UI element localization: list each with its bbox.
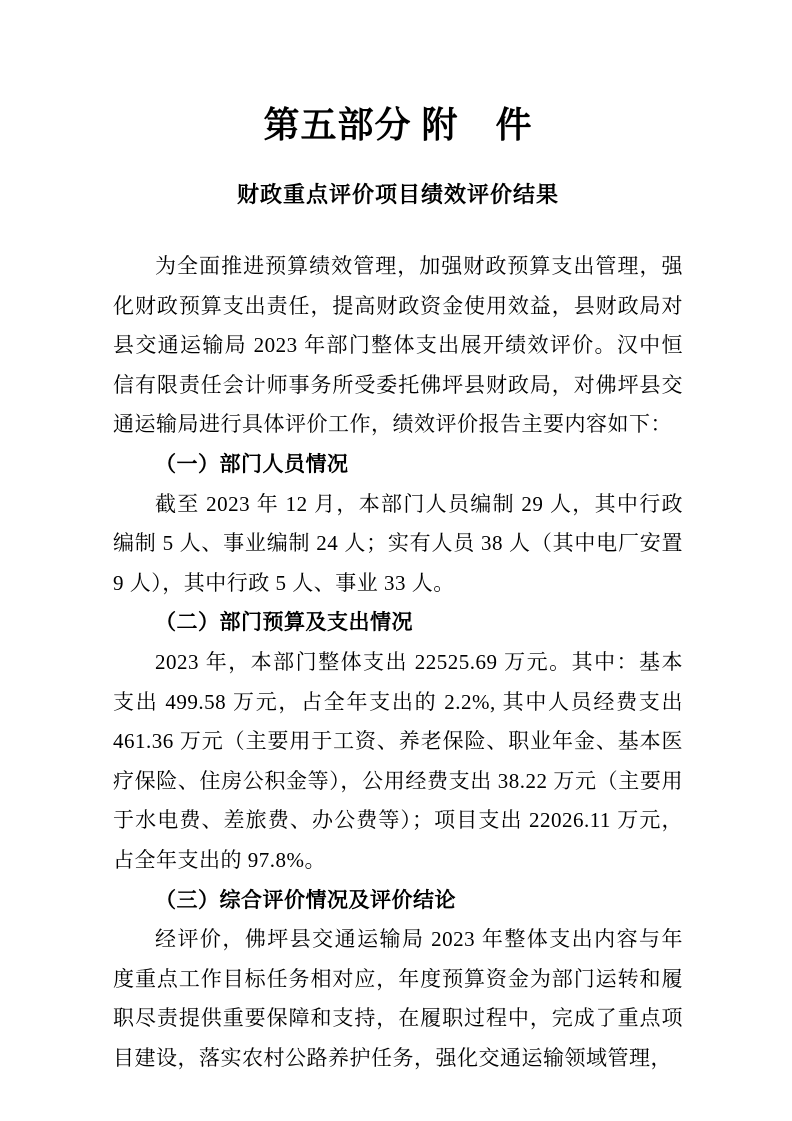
document-content: 第五部分 附 件 财政重点评价项目绩效评价结果 为全面推进预算绩效管理，加强财政… (0, 0, 792, 1078)
page-title: 第五部分 附 件 (113, 102, 683, 148)
document-page: 第五部分 附 件 财政重点评价项目绩效评价结果 为全面推进预算绩效管理，加强财政… (0, 0, 792, 1121)
paragraph: 截至 2023 年 12 月，本部门人员编制 29 人，其中行政编制 5 人、事… (113, 485, 683, 604)
paragraph: 经评价，佛坪县交通运输局 2023 年整体支出内容与年度重点工作目标任务相对应，… (113, 920, 683, 1078)
section-heading: （三）综合评价情况及评价结论 (113, 881, 683, 921)
paragraph: 2023 年，本部门整体支出 22525.69 万元。其中：基本支出 499.5… (113, 643, 683, 881)
section-heading: （二）部门预算及支出情况 (113, 603, 683, 643)
paragraph: 为全面推进预算绩效管理，加强财政预算支出管理，强化财政预算支出责任，提高财政资金… (113, 247, 683, 445)
document-subtitle: 财政重点评价项目绩效评价结果 (113, 180, 683, 210)
section-heading: （一）部门人员情况 (113, 445, 683, 485)
document-body: 为全面推进预算绩效管理，加强财政预算支出管理，强化财政预算支出责任，提高财政资金… (113, 247, 683, 1078)
